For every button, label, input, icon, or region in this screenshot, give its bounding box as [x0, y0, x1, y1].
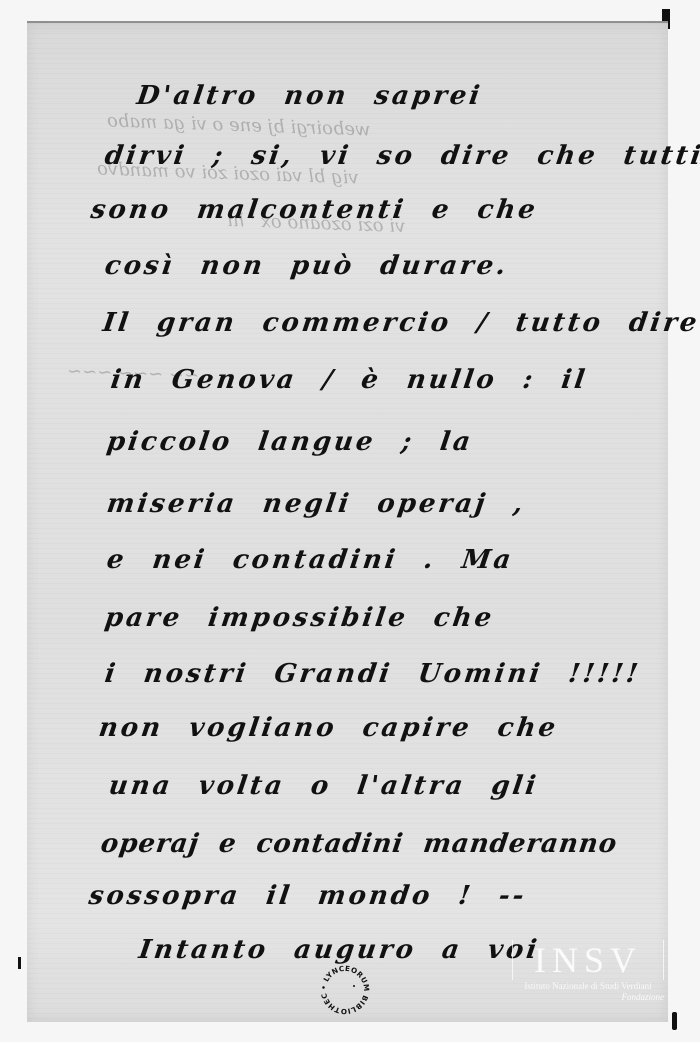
corner-mark-bottom-right — [672, 1012, 677, 1030]
letter-line: in Genova / è nullo : il — [109, 365, 590, 395]
insv-logo: INSV — [512, 940, 664, 980]
bleed-through-text: vi ozi ozoano ox ' hi — [227, 210, 406, 237]
letter-line: e nei contadini . Ma — [105, 545, 516, 575]
letter-line: Intanto auguro a voi — [137, 935, 542, 965]
bleed-through-text: ~~ ~~~ ~~~ — [67, 361, 200, 387]
watermark-subtitle: Fondazione — [512, 992, 664, 1003]
letter-line: i nostri Grandi Uomini !!!!! — [103, 659, 643, 689]
letter-line: sono malcontenti e che — [89, 195, 540, 225]
letter-line: piccolo langue ; la — [105, 427, 475, 457]
letter-line: dirvi ; si, vi so dire che tutti — [103, 141, 700, 171]
margin-mark-left — [18, 957, 21, 969]
watermark-institution: Istituto Nazionale di Studi Verdiani — [512, 980, 664, 992]
letter-line: così non può durare. — [103, 251, 511, 281]
bleed-through-text: vig bl vai ozoi zoi vo mandvo — [97, 158, 359, 188]
letter-line: sossopra il mondo ! -- — [87, 881, 529, 911]
letter-line: una volta o l'altra gli — [107, 771, 541, 801]
bleed-through-text: weboirgi bj ene o vi ga mabo — [107, 110, 371, 140]
letter-line: miseria negli operaj , — [105, 489, 528, 519]
svg-text:• LYNCEORUM BIBLIOTHECA: • LYNCEORUM BIBLIOTHECA — [317, 962, 371, 1016]
letter-line: operaj e contadini manderanno — [99, 829, 619, 859]
letter-page: weboirgi bj ene o vi ga mabo vig bl vai … — [27, 21, 668, 1022]
letter-line: non vogliano capire che — [97, 713, 560, 743]
letter-line: D'altro non saprei — [135, 81, 485, 111]
letter-line: Il gran commercio / tutto dire — [101, 308, 700, 338]
letter-line: pare impossibile che — [103, 603, 496, 633]
library-stamp: • LYNCEORUM BIBLIOTHECA — [317, 962, 373, 1018]
insv-watermark: INSV Istituto Nazionale di Studi Verdian… — [512, 940, 664, 1020]
